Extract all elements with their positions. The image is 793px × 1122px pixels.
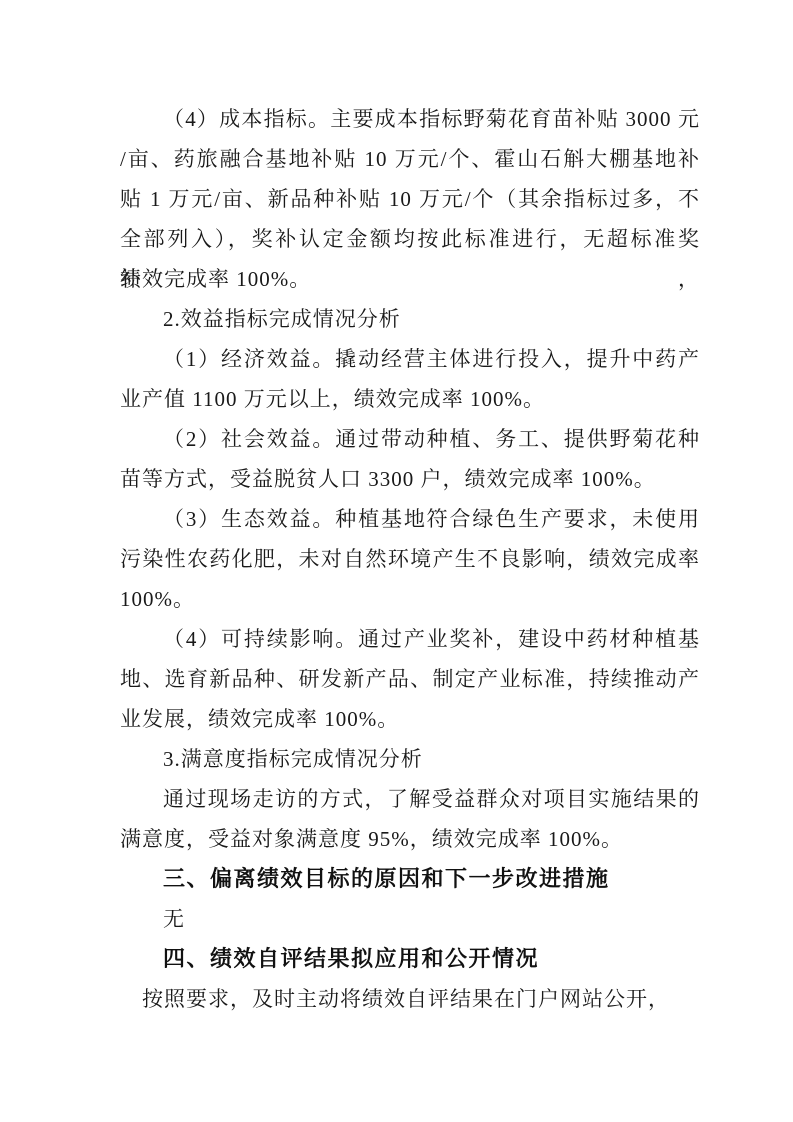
document-line: 2.效益指标完成情况分析 [120, 299, 700, 339]
document-line: （3）生态效益。种植基地符合绿色生产要求，未使用 [120, 499, 700, 539]
section-heading: 三、偏离绩效目标的原因和下一步改进措施 [120, 859, 700, 899]
document-line: 业发展，绩效完成率 100%。 [120, 699, 700, 739]
document-line: 全部列入），奖补认定金额均按此标准进行，无超标准奖补， [120, 219, 700, 259]
section-heading: 四、绩效自评结果拟应用和公开情况 [120, 939, 700, 979]
document-page: （4）成本指标。主要成本指标野菊花育苗补贴 3000 元/亩、药旅融合基地补贴 … [0, 0, 793, 1122]
document-line: （2）社会效益。通过带动种植、务工、提供野菊花种 [120, 419, 700, 459]
document-line: 通过现场走访的方式，了解受益群众对项目实施结果的 [120, 779, 700, 819]
document-line: 地、选育新品种、研发新产品、制定产业标准，持续推动产 [120, 659, 700, 699]
text-block: （4）成本指标。主要成本指标野菊花育苗补贴 3000 元/亩、药旅融合基地补贴 … [120, 99, 700, 1019]
document-line: /亩、药旅融合基地补贴 10 万元/个、霍山石斛大棚基地补 [120, 139, 700, 179]
document-line: （1）经济效益。撬动经营主体进行投入，提升中药产 [120, 339, 700, 379]
document-line: （4）可持续影响。通过产业奖补，建设中药材种植基 [120, 619, 700, 659]
document-line: 满意度，受益对象满意度 95%，绩效完成率 100%。 [120, 819, 700, 859]
document-line: 按照要求，及时主动将绩效自评结果在门户网站公开， [120, 979, 700, 1019]
document-line: 业产值 1100 万元以上，绩效完成率 100%。 [120, 379, 700, 419]
document-line: 污染性农药化肥，未对自然环境产生不良影响，绩效完成率 [120, 539, 700, 579]
document-line: 100%。 [120, 579, 700, 619]
document-line: （4）成本指标。主要成本指标野菊花育苗补贴 3000 元 [120, 99, 700, 139]
document-line: 3.满意度指标完成情况分析 [120, 739, 700, 779]
document-line: 苗等方式，受益脱贫人口 3300 户，绩效完成率 100%。 [120, 459, 700, 499]
document-line: 无 [120, 899, 700, 939]
document-line: 贴 1 万元/亩、新品种补贴 10 万元/个（其余指标过多，不 [120, 179, 700, 219]
